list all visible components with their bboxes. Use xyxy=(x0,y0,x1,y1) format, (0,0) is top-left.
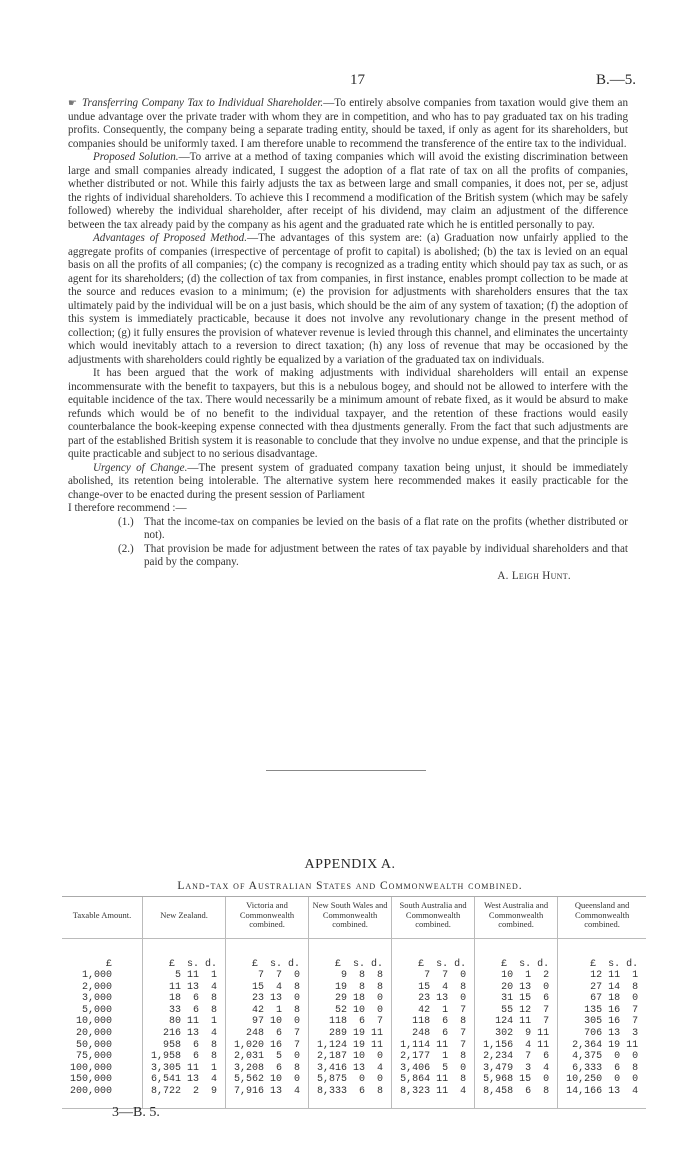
tax-value-cell: 52 10 0 xyxy=(309,1005,392,1017)
taxable-amount-cell: 100,000 xyxy=(62,1063,143,1075)
tax-value-cell: 7 7 0 xyxy=(392,970,475,982)
tax-value-cell: 1,114 11 7 xyxy=(392,1040,475,1052)
recommendation-text: That the income-tax on companies be levi… xyxy=(144,516,628,542)
table-body: £ £ s. d. £ s. d. £ s. d. £ s. d. £ s. d… xyxy=(62,938,646,1108)
appendix-title: APPENDIX A. xyxy=(0,857,700,873)
tax-value-cell: 118 6 7 xyxy=(309,1016,392,1028)
tax-value-cell: 42 1 7 xyxy=(392,1005,475,1017)
taxable-amount-cell: 150,000 xyxy=(62,1074,143,1086)
tax-value-cell: 12 11 1 xyxy=(558,970,647,982)
table-row: 10,00080 11 197 10 0118 6 7118 6 8124 11… xyxy=(62,1016,646,1028)
units-row: £ £ s. d. £ s. d. £ s. d. £ s. d. £ s. d… xyxy=(62,938,646,970)
tax-value-cell: 4,375 0 0 xyxy=(558,1051,647,1063)
table-row: 150,0006,541 13 45,562 10 05,875 0 05,86… xyxy=(62,1074,646,1086)
tax-value-cell: 10,250 0 0 xyxy=(558,1074,647,1086)
tax-value-cell: 11 13 4 xyxy=(143,982,226,994)
recommend-intro: I therefore recommend :— xyxy=(68,502,628,516)
tax-value-cell: 5,968 15 0 xyxy=(475,1074,558,1086)
tax-value-cell: 135 16 7 xyxy=(558,1005,647,1017)
tax-value-cell: 67 18 0 xyxy=(558,993,647,1005)
tax-value-cell: 55 12 7 xyxy=(475,1005,558,1017)
recommendation-number: (1.) xyxy=(118,516,144,530)
table-title: Land-tax of Australian States and Common… xyxy=(0,880,700,892)
section-heading: Transferring Company Tax to Individual S… xyxy=(82,97,323,109)
tax-value-cell: 118 6 8 xyxy=(392,1016,475,1028)
tax-value-cell: 8,323 11 4 xyxy=(392,1086,475,1108)
tax-value-cell: 3,305 11 1 xyxy=(143,1063,226,1075)
paragraph-proposed-solution: Proposed Solution.—To arrive at a method… xyxy=(68,151,628,232)
column-header-taxable-amount: Taxable Amount. xyxy=(62,897,143,939)
tax-value-cell: 3,479 3 4 xyxy=(475,1063,558,1075)
tax-value-cell: 1,124 19 11 xyxy=(309,1040,392,1052)
tax-value-cell: 5 11 1 xyxy=(143,970,226,982)
tax-value-cell: 2,187 10 0 xyxy=(309,1051,392,1063)
unit-cell: £ s. d. xyxy=(143,938,226,970)
taxable-amount-cell: 50,000 xyxy=(62,1040,143,1052)
taxable-amount-cell: 1,000 xyxy=(62,970,143,982)
section-heading: Advantages of Proposed Method. xyxy=(93,232,247,244)
paragraph-text: It has been argued that the work of maki… xyxy=(68,367,628,460)
tax-value-cell: 14,166 13 4 xyxy=(558,1086,647,1108)
tax-value-cell: 1,020 16 7 xyxy=(226,1040,309,1052)
taxable-amount-cell: 2,000 xyxy=(62,982,143,994)
signature: A. Leigh Hunt. xyxy=(68,570,628,584)
tax-value-cell: 80 11 1 xyxy=(143,1016,226,1028)
tax-value-cell: 33 6 8 xyxy=(143,1005,226,1017)
tax-value-cell: 5,562 10 0 xyxy=(226,1074,309,1086)
column-header-south-australia: South Australia and Commonwealth combine… xyxy=(392,897,475,939)
tax-value-cell: 5,864 11 8 xyxy=(392,1074,475,1086)
report-body: ☛Transferring Company Tax to Individual … xyxy=(68,97,628,583)
tax-value-cell: 958 6 8 xyxy=(143,1040,226,1052)
table-row: 2,00011 13 415 4 819 8 815 4 820 13 027 … xyxy=(62,982,646,994)
table-row: 50,000958 6 81,020 16 71,124 19 111,114 … xyxy=(62,1040,646,1052)
tax-value-cell: 248 6 7 xyxy=(226,1028,309,1040)
tax-value-cell: 305 16 7 xyxy=(558,1016,647,1028)
recommendations-list: (1.)That the income-tax on companies be … xyxy=(68,516,628,570)
tax-value-cell: 216 13 4 xyxy=(143,1028,226,1040)
tax-value-cell: 3,406 5 0 xyxy=(392,1063,475,1075)
tax-value-cell: 23 13 0 xyxy=(226,993,309,1005)
recommendation-text: That provision be made for adjustment be… xyxy=(144,543,628,569)
tax-value-cell: 7 7 0 xyxy=(226,970,309,982)
tax-value-cell: 1,958 6 8 xyxy=(143,1051,226,1063)
paragraph-advantages: Advantages of Proposed Method.—The advan… xyxy=(68,232,628,367)
tax-value-cell: 9 8 8 xyxy=(309,970,392,982)
unit-cell: £ s. d. xyxy=(558,938,647,970)
tax-value-cell: 29 18 0 xyxy=(309,993,392,1005)
page-number: 17 xyxy=(350,72,365,89)
land-tax-table: Taxable Amount. New Zealand. Victoria an… xyxy=(62,896,646,1109)
section-heading: Urgency of Change. xyxy=(93,462,187,474)
footer-reference: 3—B. 5. xyxy=(112,1105,160,1121)
tax-value-cell: 8,333 6 8 xyxy=(309,1086,392,1108)
paragraph-transferring-tax: ☛Transferring Company Tax to Individual … xyxy=(68,97,628,151)
unit-cell: £ s. d. xyxy=(226,938,309,970)
table-row: 1,0005 11 17 7 09 8 87 7 010 1 212 11 1 xyxy=(62,970,646,982)
unit-cell: £ s. d. xyxy=(309,938,392,970)
tax-value-cell: 10 1 2 xyxy=(475,970,558,982)
tax-value-cell: 5,875 0 0 xyxy=(309,1074,392,1086)
tax-value-cell: 302 9 11 xyxy=(475,1028,558,1040)
taxable-amount-cell: 20,000 xyxy=(62,1028,143,1040)
column-header-new-south-wales: New South Wales and Commonwealth combine… xyxy=(309,897,392,939)
tax-value-cell: 42 1 8 xyxy=(226,1005,309,1017)
table-row: 100,0003,305 11 13,208 6 83,416 13 43,40… xyxy=(62,1063,646,1075)
tax-value-cell: 27 14 8 xyxy=(558,982,647,994)
document-reference: B.—5. xyxy=(596,72,636,89)
table-header-row: Taxable Amount. New Zealand. Victoria an… xyxy=(62,897,646,939)
pointing-hand-icon: ☛ xyxy=(68,97,82,111)
land-tax-table-container: Taxable Amount. New Zealand. Victoria an… xyxy=(62,896,640,1109)
tax-value-cell: 23 13 0 xyxy=(392,993,475,1005)
tax-value-cell: 3,416 13 4 xyxy=(309,1063,392,1075)
tax-value-cell: 18 6 8 xyxy=(143,993,226,1005)
table-row: 5,00033 6 842 1 852 10 042 1 755 12 7135… xyxy=(62,1005,646,1017)
tax-value-cell: 706 13 3 xyxy=(558,1028,647,1040)
tax-value-cell: 1,156 4 11 xyxy=(475,1040,558,1052)
column-header-queensland: Queensland and Commonwealth combined. xyxy=(558,897,647,939)
table-row: 75,0001,958 6 82,031 5 02,187 10 02,177 … xyxy=(62,1051,646,1063)
tax-value-cell: 2,177 1 8 xyxy=(392,1051,475,1063)
recommendation-item: (2.)That provision be made for adjustmen… xyxy=(68,543,628,570)
taxable-amount-cell: 3,000 xyxy=(62,993,143,1005)
unit-cell: £ s. d. xyxy=(392,938,475,970)
tax-value-cell: 7,916 13 4 xyxy=(226,1086,309,1108)
tax-value-cell: 6,333 6 8 xyxy=(558,1063,647,1075)
tax-value-cell: 20 13 0 xyxy=(475,982,558,994)
tax-value-cell: 15 4 8 xyxy=(226,982,309,994)
column-header-new-zealand: New Zealand. xyxy=(143,897,226,939)
tax-value-cell: 6,541 13 4 xyxy=(143,1074,226,1086)
recommendation-number: (2.) xyxy=(118,543,144,557)
tax-value-cell: 2,364 19 11 xyxy=(558,1040,647,1052)
column-header-west-australia: West Australia and Commonwealth combined… xyxy=(475,897,558,939)
section-heading: Proposed Solution. xyxy=(93,151,179,163)
tax-value-cell: 289 19 11 xyxy=(309,1028,392,1040)
taxable-amount-cell: 75,000 xyxy=(62,1051,143,1063)
tax-value-cell: 31 15 6 xyxy=(475,993,558,1005)
paragraph-text: —The advantages of this system are: (a) … xyxy=(68,232,628,366)
section-divider xyxy=(266,770,426,771)
tax-value-cell: 19 8 8 xyxy=(309,982,392,994)
tax-value-cell: 248 6 7 xyxy=(392,1028,475,1040)
paragraph-argument: It has been argued that the work of maki… xyxy=(68,367,628,462)
tax-value-cell: 2,234 7 6 xyxy=(475,1051,558,1063)
unit-cell: £ xyxy=(62,938,143,970)
column-header-victoria: Victoria and Commonwealth combined. xyxy=(226,897,309,939)
taxable-amount-cell: 10,000 xyxy=(62,1016,143,1028)
recommendation-item: (1.)That the income-tax on companies be … xyxy=(68,516,628,543)
tax-value-cell: 2,031 5 0 xyxy=(226,1051,309,1063)
tax-value-cell: 97 10 0 xyxy=(226,1016,309,1028)
tax-value-cell: 3,208 6 8 xyxy=(226,1063,309,1075)
table-row: 3,00018 6 823 13 029 18 023 13 031 15 66… xyxy=(62,993,646,1005)
tax-value-cell: 124 11 7 xyxy=(475,1016,558,1028)
paragraph-urgency: Urgency of Change.—The present system of… xyxy=(68,462,628,503)
tax-value-cell: 8,458 6 8 xyxy=(475,1086,558,1108)
tax-value-cell: 15 4 8 xyxy=(392,982,475,994)
unit-cell: £ s. d. xyxy=(475,938,558,970)
taxable-amount-cell: 5,000 xyxy=(62,1005,143,1017)
table-row: 20,000216 13 4248 6 7289 19 11248 6 7302… xyxy=(62,1028,646,1040)
